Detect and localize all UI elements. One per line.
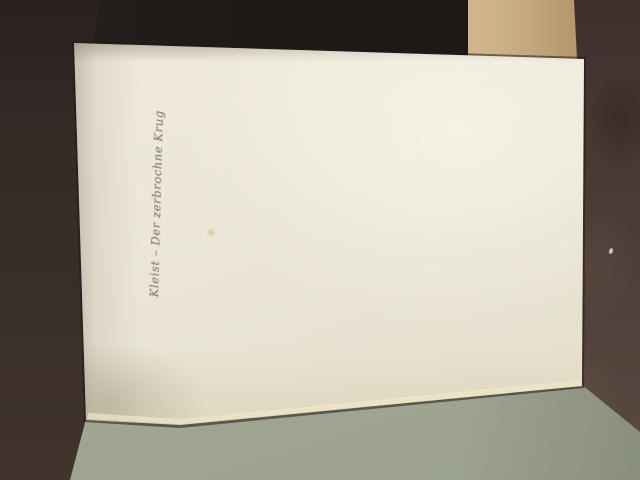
photo-of-book: Kleist – Der zerbrochne Krug (0, 0, 640, 480)
stain-mark (206, 228, 216, 237)
